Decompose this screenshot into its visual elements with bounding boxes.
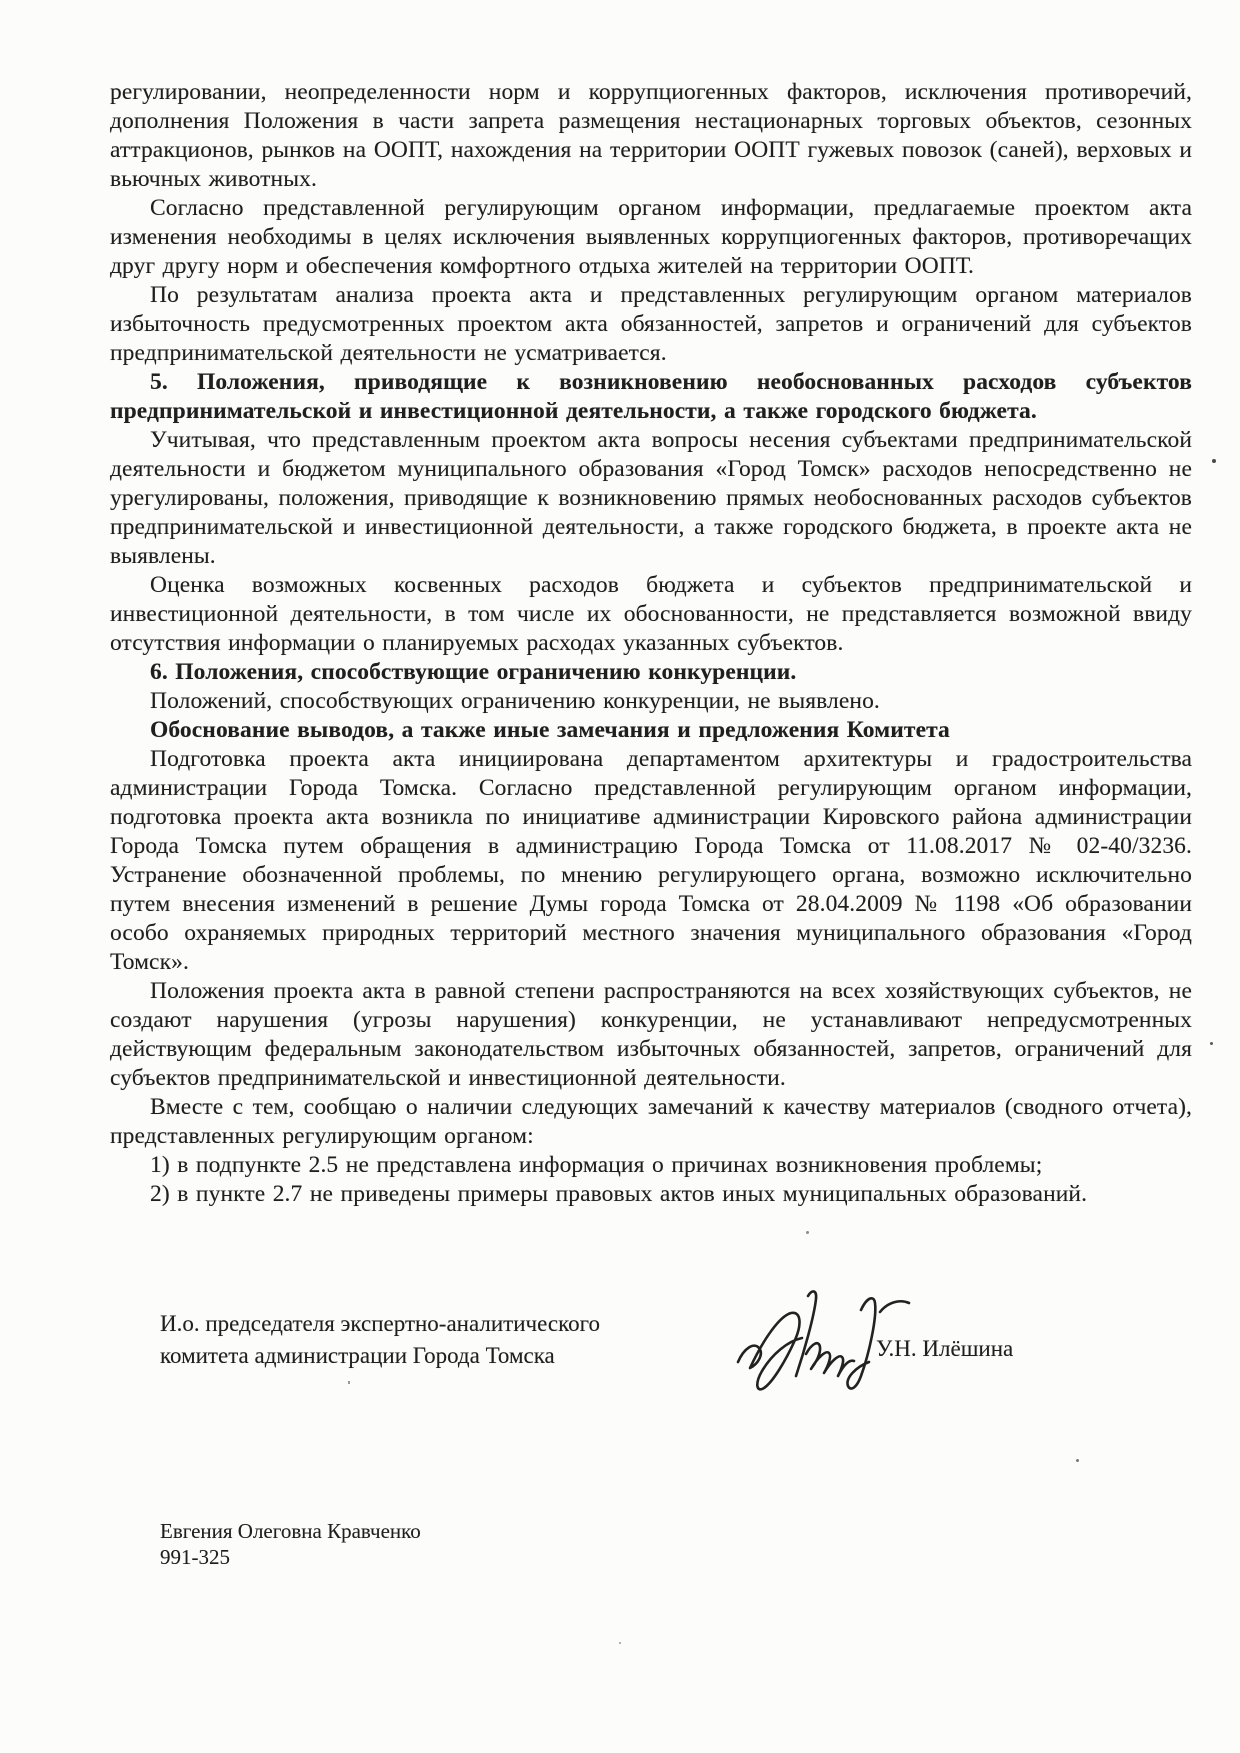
paragraph: Согласно представленной регулирующим орг… bbox=[110, 194, 1192, 281]
paragraph: Учитывая, что представленным проектом ак… bbox=[110, 426, 1192, 571]
paragraph: Подготовка проекта акта инициирована деп… bbox=[110, 745, 1192, 977]
document-body: регулировании, неопределенности норм и к… bbox=[110, 78, 1192, 1209]
scan-speck bbox=[1212, 459, 1216, 463]
executor-name: Евгения Олеговна Кравченко bbox=[160, 1518, 421, 1544]
scan-speck bbox=[619, 1642, 621, 1644]
section-6-heading: 6. Положения, способствующие ограничению… bbox=[110, 658, 1192, 687]
paragraph: По результатам анализа проекта акта и пр… bbox=[110, 281, 1192, 368]
remark-item-1: 1) в подпункте 2.5 не представлена инфор… bbox=[110, 1151, 1192, 1180]
scan-speck bbox=[1076, 1459, 1079, 1462]
paragraph: Положений, способствующих ограничению ко… bbox=[110, 687, 1192, 716]
paragraph: Положения проекта акта в равной степени … bbox=[110, 977, 1192, 1093]
scan-speck bbox=[806, 1231, 809, 1234]
conclusions-heading: Обоснование выводов, а также иные замеча… bbox=[110, 716, 1192, 745]
remark-item-2: 2) в пункте 2.7 не приведены примеры пра… bbox=[110, 1180, 1192, 1209]
signatory-title-line1: И.о. председателя экспертно-аналитическо… bbox=[160, 1308, 600, 1340]
scan-speck bbox=[348, 1381, 350, 1384]
signatory-title: И.о. председателя экспертно-аналитическо… bbox=[160, 1308, 600, 1372]
section-5-heading: 5. Положения, приводящие к возникновению… bbox=[110, 368, 1192, 426]
signatory-title-line2: комитета администрации Города Томска bbox=[160, 1340, 600, 1372]
paragraph: Оценка возможных косвенных расходов бюдж… bbox=[110, 571, 1192, 658]
signatory-name: У.Н. Илёшина bbox=[876, 1336, 1013, 1362]
paragraph-continuation: регулировании, неопределенности норм и к… bbox=[110, 78, 1192, 194]
scan-speck bbox=[1210, 1042, 1213, 1045]
paragraph-remarks-intro: Вместе с тем, сообщаю о наличии следующи… bbox=[110, 1093, 1192, 1151]
executor-block: Евгения Олеговна Кравченко 991-325 bbox=[160, 1518, 421, 1570]
executor-phone: 991-325 bbox=[160, 1544, 421, 1570]
scanned-document-page: регулировании, неопределенности норм и к… bbox=[0, 0, 1240, 1753]
